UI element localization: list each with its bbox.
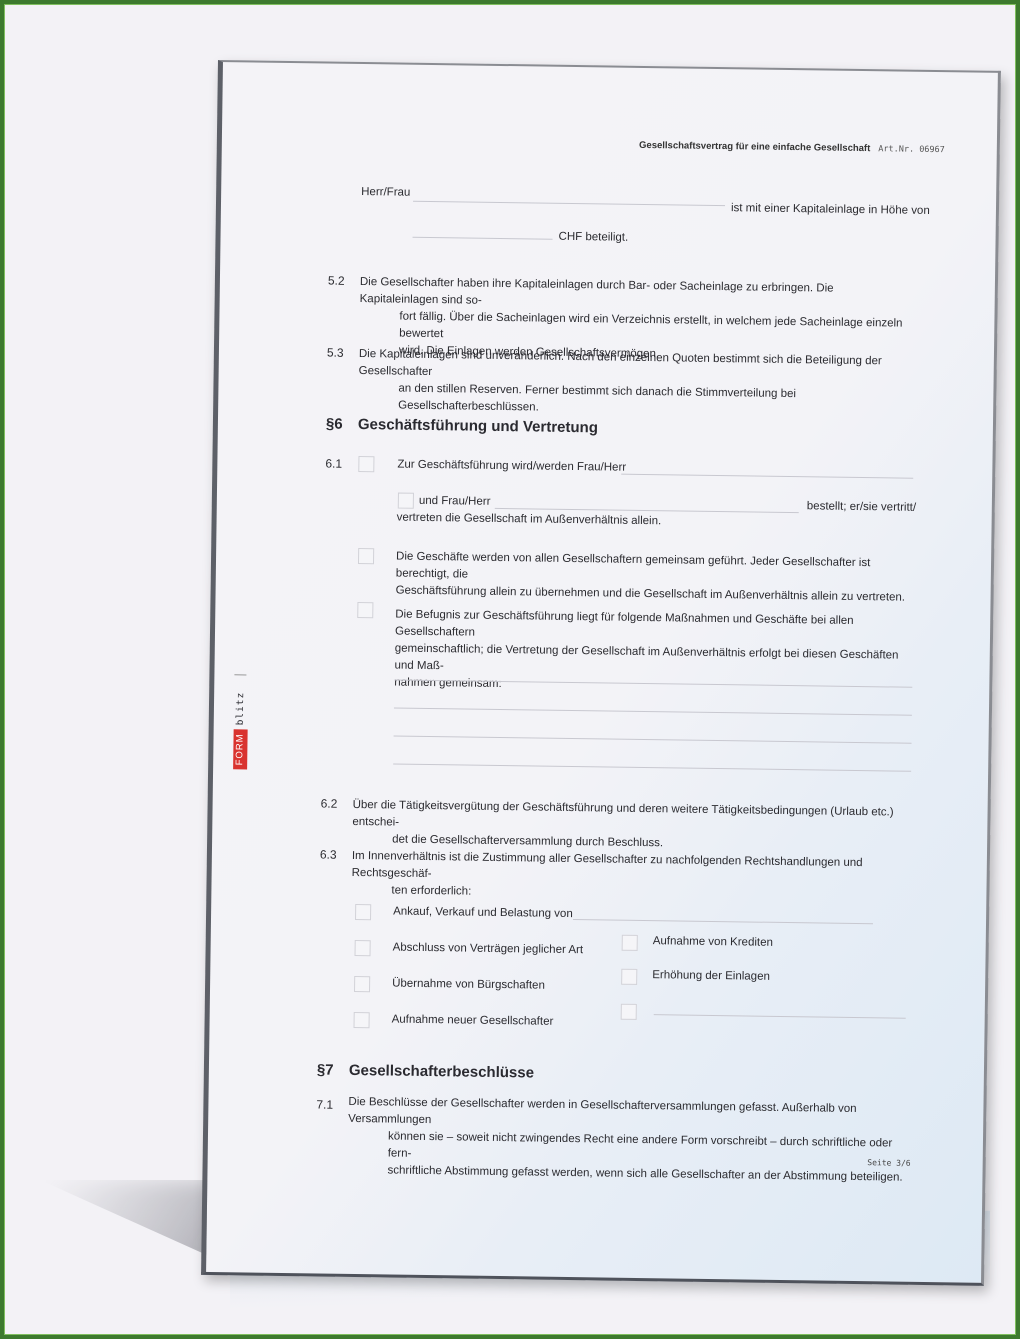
page-number: Seite 3/6 xyxy=(867,1158,910,1168)
logo-blitz: blitz xyxy=(235,692,247,730)
kapital-label: ist mit einer Kapitaleinlage in Höhe von xyxy=(731,202,930,217)
measures-line-2[interactable] xyxy=(394,708,912,716)
checkbox-sole-management[interactable] xyxy=(358,456,374,472)
checklist-label: Erhöhung der Einlagen xyxy=(652,969,770,983)
option-label: und Frau/Herr xyxy=(419,495,491,508)
checkbox-joint-measures[interactable] xyxy=(357,602,373,618)
checklist-label: Übernahme von Bürgschaften xyxy=(392,978,545,992)
formblitz-logo: FORMblitz xyxy=(233,674,248,769)
ankauf-field[interactable] xyxy=(573,919,873,924)
checkbox-neue-gesellschafter[interactable] xyxy=(353,1012,369,1028)
clause-6-2: Über die Tätigkeitsvergütung der Geschäf… xyxy=(352,797,913,856)
section-7-heading: §7Gesellschafterbeschlüsse xyxy=(317,1061,534,1081)
checkbox-buergschaften[interactable] xyxy=(354,976,370,992)
article-number: Art.Nr. 06967 xyxy=(878,144,945,155)
checkbox-joint-management[interactable] xyxy=(358,548,374,564)
section-symbol: §6 xyxy=(326,416,358,433)
other-field[interactable] xyxy=(654,1014,906,1019)
clause-7-1: Die Beschlüsse der Gesellschafter werden… xyxy=(347,1094,908,1187)
clause-number: 6.3 xyxy=(320,848,337,862)
clause-number: 5.3 xyxy=(327,346,344,360)
measures-line-4[interactable] xyxy=(393,764,911,772)
measures-line-3[interactable] xyxy=(394,736,912,744)
logo-form: FORM xyxy=(233,729,248,769)
checkbox-other[interactable] xyxy=(621,1004,637,1020)
section-6-heading: §6Geschäftsführung und Vertretung xyxy=(326,416,598,437)
clause-6-3: Im Innenverhältnis ist die Zustimmung al… xyxy=(351,848,912,907)
document-header: Gesellschaftsvertrag für eine einfache G… xyxy=(639,140,945,155)
checkbox-ankauf[interactable] xyxy=(355,904,371,920)
checkbox-second-manager[interactable] xyxy=(398,493,414,509)
clause-text: an den stillen Reserven. Ferner bestimmt… xyxy=(358,380,913,422)
option-joint-management: Die Geschäfte werden von allen Gesellsch… xyxy=(395,549,916,607)
clause-number: 5.2 xyxy=(328,274,345,288)
chf-label: CHF beteiligt. xyxy=(558,231,628,244)
manager-name-field[interactable] xyxy=(621,474,913,479)
checklist-label: Abschluss von Verträgen jeglicher Art xyxy=(393,942,584,957)
section-title: Geschäftsführung und Vertretung xyxy=(358,416,598,436)
option-label: vertreten die Gesellschaft im Außenverhä… xyxy=(397,512,662,528)
document-page: Gesellschaftsvertrag für eine einfache G… xyxy=(201,60,1001,1286)
clause-number: 7.1 xyxy=(316,1097,333,1111)
herr-frau-label: Herr/Frau xyxy=(361,186,410,199)
checklist-label: Ankauf, Verkauf und Belastung von xyxy=(393,906,573,921)
amount-field[interactable] xyxy=(413,237,553,240)
checkbox-einlagen[interactable] xyxy=(621,969,637,985)
option-label: Zur Geschäftsführung wird/werden Frau/He… xyxy=(397,459,626,474)
name-field[interactable] xyxy=(413,201,725,206)
clause-number: 6.1 xyxy=(325,457,342,471)
second-manager-field[interactable] xyxy=(495,508,799,513)
section-title: Gesellschafterbeschlüsse xyxy=(349,1062,534,1082)
section-symbol: §7 xyxy=(317,1061,349,1078)
clause-number: 6.2 xyxy=(321,797,338,811)
document-title: Gesellschaftsvertrag für eine einfache G… xyxy=(639,140,870,154)
checkbox-vertraege[interactable] xyxy=(355,940,371,956)
checkbox-kredite[interactable] xyxy=(622,935,638,951)
clause-5-3: Die Kapitaleinlagen sind unveränderlich.… xyxy=(358,346,914,422)
checklist-label: Aufnahme neuer Gesellschafter xyxy=(392,1014,554,1028)
option-label: bestellt; er/sie vertritt/ xyxy=(807,500,916,514)
checklist-label: Aufnahme von Krediten xyxy=(653,935,773,949)
